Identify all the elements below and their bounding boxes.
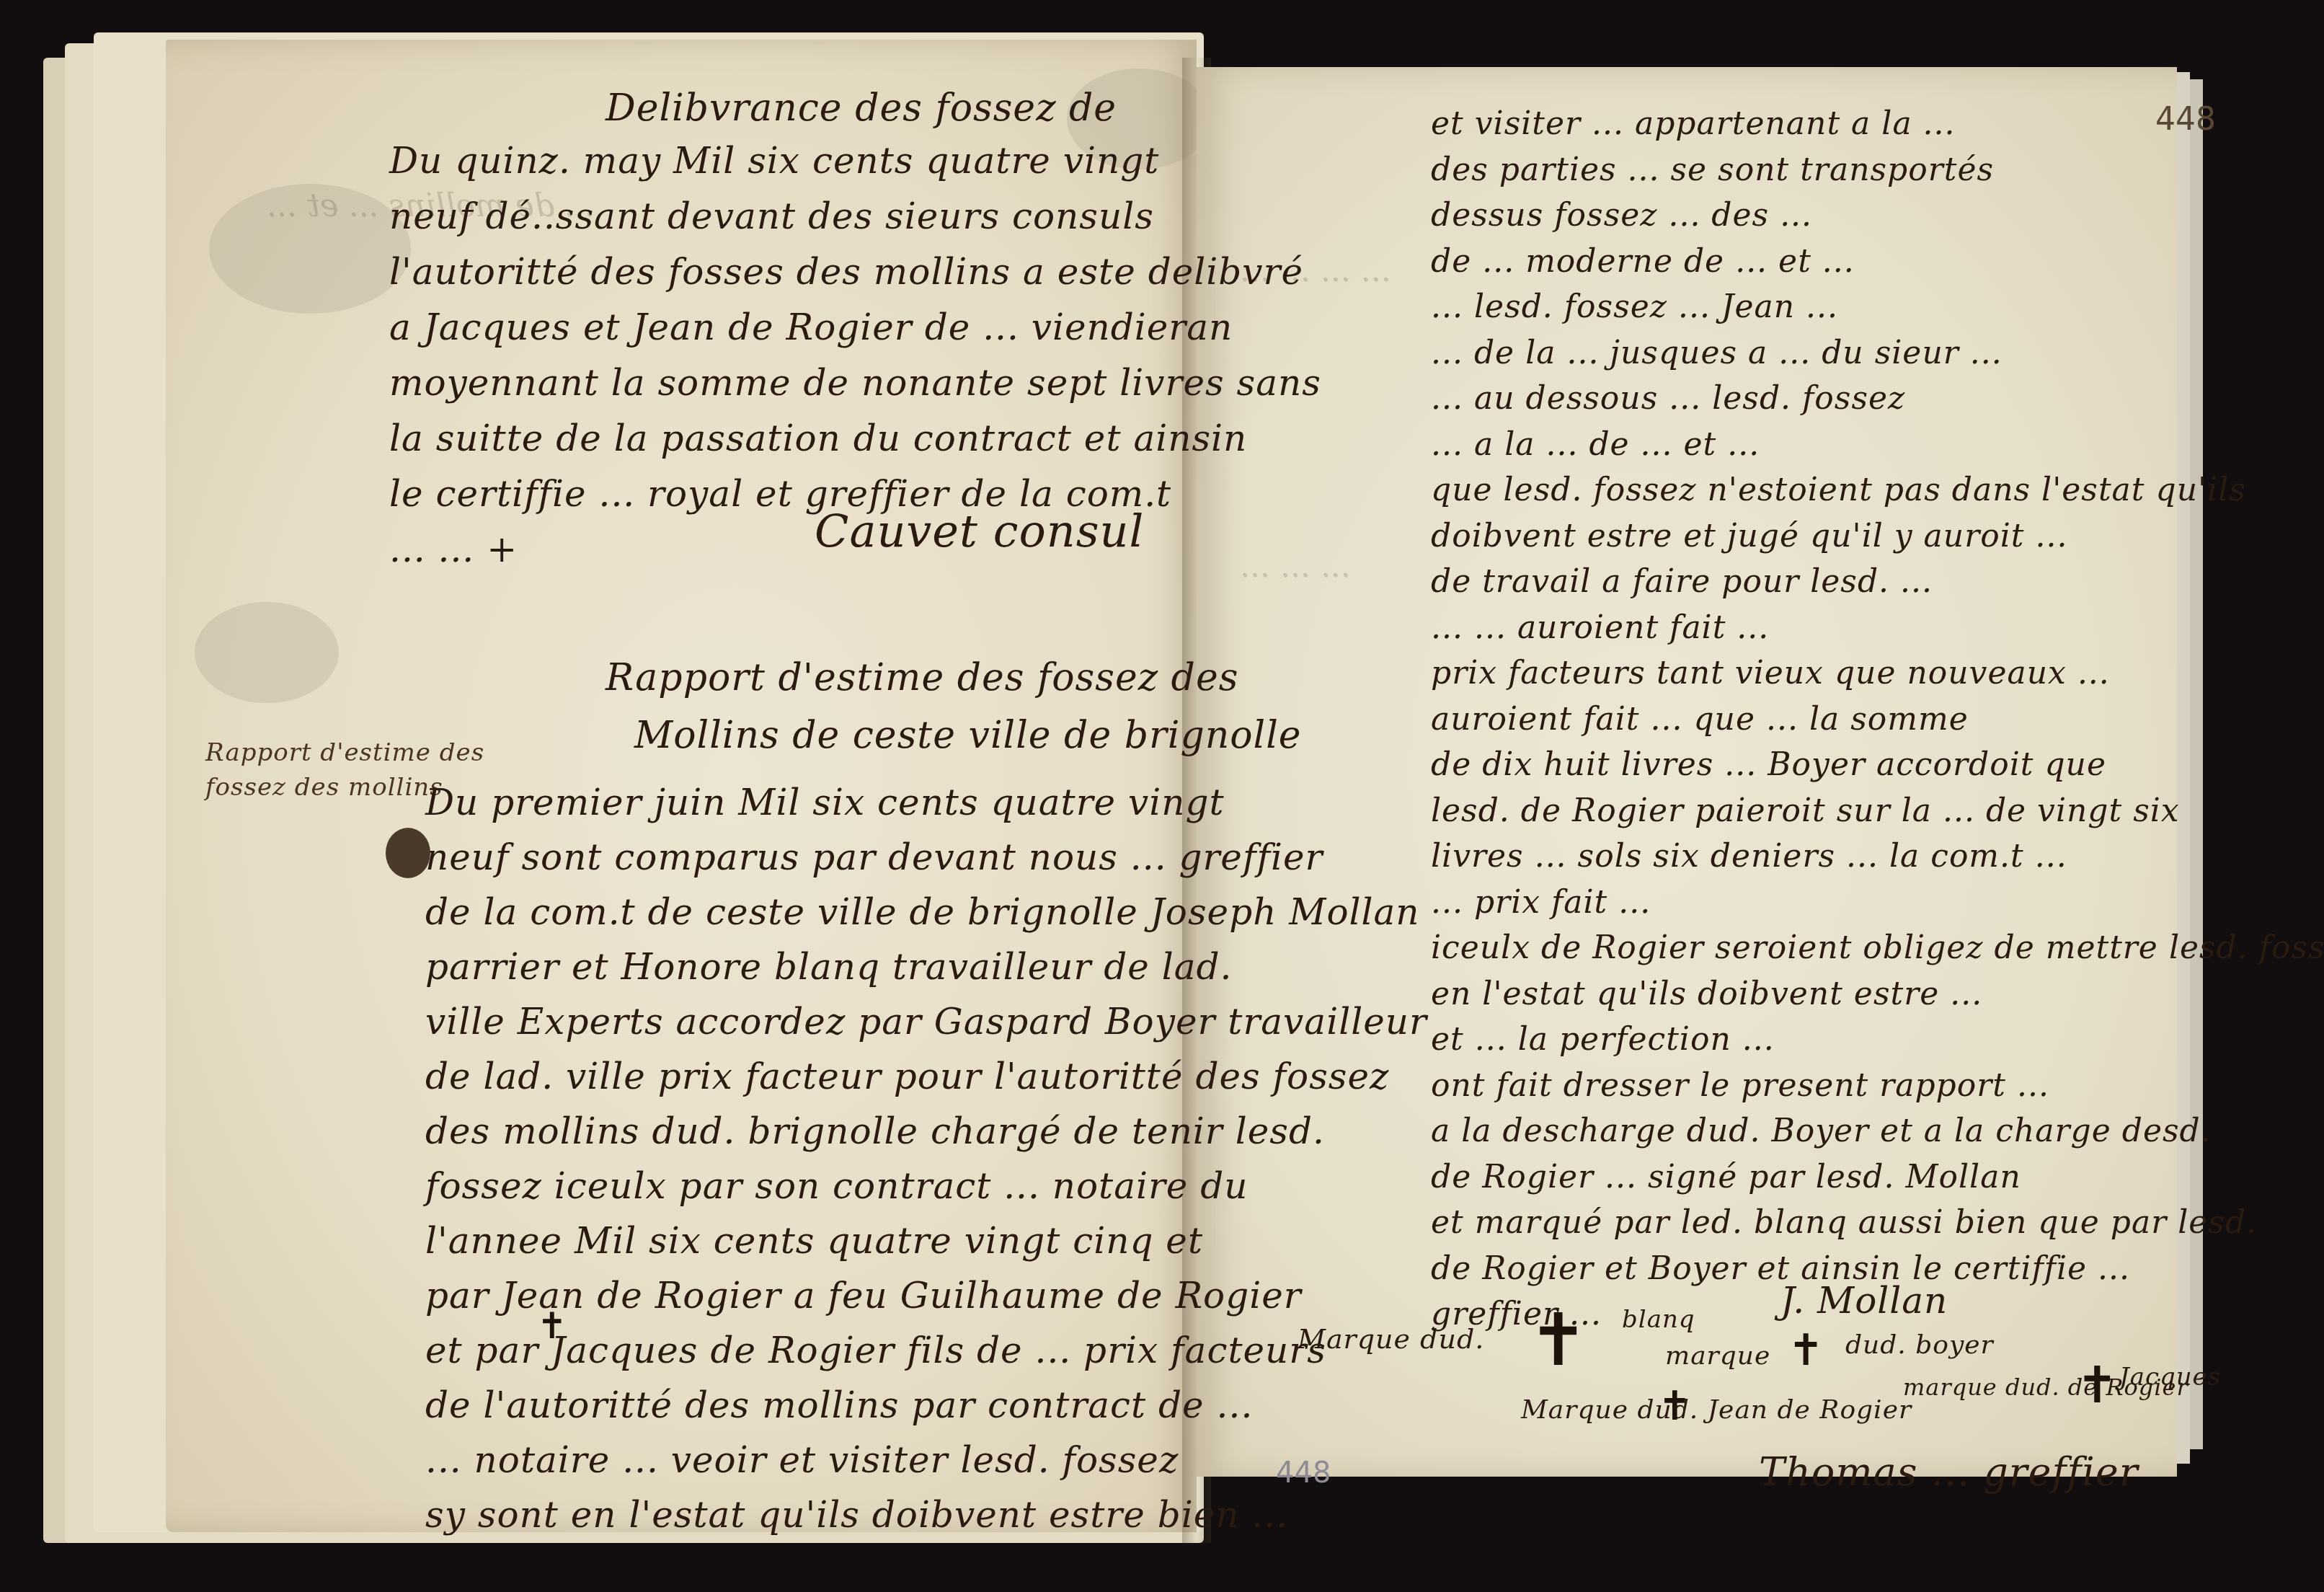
signature-mollan: J. Mollan — [1780, 1280, 1948, 1322]
body-line: a la descharge dud. Boyer et a la charge… — [1431, 1108, 2324, 1154]
water-stain — [195, 602, 339, 703]
entry-line: fossez iceulx par son contract ... notai… — [425, 1159, 1427, 1213]
entry-line: de la com.t de ceste ville de brignolle … — [425, 885, 1427, 939]
margin-note-line: Rapport d'estime des — [205, 735, 484, 770]
entry-line: parrier et Honore blanq travailleur de l… — [425, 939, 1427, 994]
right-body: et visiter ... appartenant a la ... des … — [1431, 101, 2324, 1337]
mark-label: Marque dud. Jean de Rogier — [1521, 1395, 1912, 1425]
entry-line: neuf sont comparus par devant nous ... g… — [425, 830, 1427, 885]
body-line: prix facteurs tant vieux que nouveaux ..… — [1431, 650, 2324, 696]
signature-greffier: Thomas ... greffier — [1759, 1449, 2139, 1495]
cross-mark-icon: ✝ — [1528, 1298, 1589, 1382]
body-line: ... lesd. fossez ... Jean ... — [1431, 284, 2324, 330]
entry-line: de lad. ville prix facteur pour l'autori… — [425, 1049, 1427, 1104]
heading-rapport: Rapport d'estime des fossez des Mollins … — [606, 649, 1302, 764]
mark-label: blanq — [1622, 1305, 1695, 1334]
entry-line: par Jean de Rogier a feu Guilhaume de Ro… — [425, 1268, 1427, 1323]
heading-delivrance: Delibvrance des fossez de — [606, 87, 1117, 130]
body-line: et visiter ... appartenant a la ... — [1431, 101, 2324, 147]
body-line: livres ... sols six deniers ... la com.t… — [1431, 833, 2324, 880]
body-line: de Rogier ... signé par lesd. Mollan — [1431, 1154, 2324, 1200]
entry-line: ville Experts accordez par Gaspard Boyer… — [425, 994, 1427, 1049]
body-line: dessus fossez ... des ... — [1431, 193, 2324, 239]
body-line: de travail a faire pour lesd. ... — [1431, 559, 2324, 605]
cross-mark-icon: ✝ — [2076, 1356, 2119, 1415]
body-line: ... a la ... de ... et ... — [1431, 422, 2324, 468]
body-line: et marqué par led. blanq aussi bien que … — [1431, 1200, 2324, 1246]
entry-line: Du premier juin Mil six cents quatre vin… — [425, 775, 1427, 830]
body-line: auroient fait ... que ... la somme — [1431, 696, 2324, 743]
body-line: que lesd. fossez n'estoient pas dans l'e… — [1431, 467, 2324, 513]
entry-line: neuf dé..ssant devant des sieurs consuls — [389, 189, 1321, 244]
cross-mark-icon: ✝ — [1658, 1383, 1692, 1430]
entry-line: l'annee Mil six cents quatre vingt cinq … — [425, 1213, 1427, 1268]
body-line: et ... la perfection ... — [1431, 1017, 2324, 1063]
body-line: de dix huit livres ... Boyer accordoit q… — [1431, 742, 2324, 788]
body-line: ont fait dresser le present rapport ... — [1431, 1063, 2324, 1109]
cross-mark-icon: ✝ — [1788, 1325, 1824, 1376]
ink-blot — [386, 828, 430, 878]
body-line: ... de la ... jusques a ... du sieur ... — [1431, 330, 2324, 376]
entry-line: a Jacques et Jean de Rogier de ... viend… — [389, 300, 1321, 355]
mark-label: Marque dud. — [1298, 1323, 1484, 1355]
heading-line: Mollins de ceste ville de brignolle — [634, 707, 1302, 764]
cross-mark-icon: ✝ — [537, 1305, 567, 1347]
entry-line: la suitte de la passation du contract et… — [389, 411, 1321, 466]
entry-line: Du quinz. may Mil six cents quatre vingt — [389, 133, 1321, 189]
pencil-folio-number: 448 — [1276, 1456, 1331, 1490]
signature-cauvet: Cauvet consul — [815, 505, 1144, 557]
entry-line: des mollins dud. brignolle chargé de ten… — [425, 1104, 1427, 1159]
body-line: ... ... auroient fait ... — [1431, 605, 2324, 651]
body-line: lesd. de Rogier paieroit sur la ... de v… — [1431, 788, 2324, 834]
body-line: iceulx de Rogier seroient obligez de met… — [1431, 925, 2324, 971]
entry-line: l'autoritté des fosses des mollins a est… — [389, 244, 1321, 300]
entry-line: moyennant la somme de nonante sept livre… — [389, 355, 1321, 411]
heading-line: Rapport d'estime des fossez des — [606, 649, 1302, 707]
entry-line: de l'autoritté des mollins par contract … — [425, 1378, 1427, 1433]
entry-2: Du premier juin Mil six cents quatre vin… — [425, 775, 1427, 1542]
entry-line: sy sont en l'estat qu'ils doibvent estre… — [425, 1487, 1427, 1542]
body-line: des parties ... se sont transportés — [1431, 147, 2324, 193]
entry-line: et par Jacques de Rogier fils de ... pri… — [425, 1323, 1427, 1378]
mark-label: Jacques — [2119, 1363, 2221, 1392]
mark-label: marque — [1665, 1341, 1770, 1371]
body-line: ... au dessous ... lesd. fossez — [1431, 376, 2324, 422]
body-line: ... prix fait ... — [1431, 880, 2324, 926]
body-line: en l'estat qu'ils doibvent estre ... — [1431, 971, 2324, 1017]
body-line: doibvent estre et jugé qu'il y auroit ..… — [1431, 513, 2324, 560]
body-line: de ... moderne de ... et ... — [1431, 239, 2324, 285]
mark-label: dud. boyer — [1845, 1330, 1994, 1360]
